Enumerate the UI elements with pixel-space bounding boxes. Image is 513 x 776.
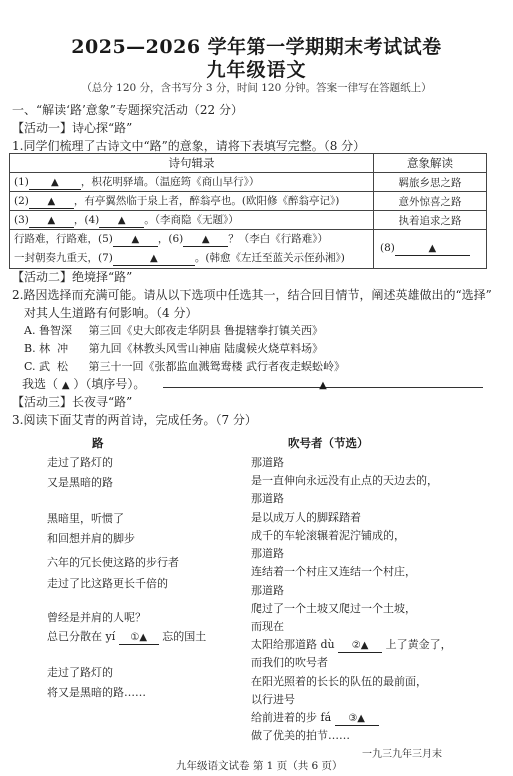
poem-text: ？（李白《行路难》） — [228, 233, 328, 245]
answer-blank-5[interactable]: ▲ — [113, 233, 158, 247]
poem-line: 爬过了一个土坡又爬过一个土坡， — [251, 600, 416, 616]
answer-blank-4[interactable]: ▲ — [99, 214, 144, 228]
table-row: (1)▲，枳花明驿墙。（温庭筠《商山早行》） 羁旅乡思之路 — [10, 173, 487, 192]
poem-line-blank2: 太阳给那道路 dù ②▲ 上了黄金了， — [251, 636, 452, 653]
triangle-icon: ▲ — [319, 380, 327, 391]
triangle-icon: ▲ — [51, 177, 59, 188]
answer-blank-7[interactable]: ▲ — [113, 252, 195, 266]
option-chapter: 第三回《史大郎夜走华阴县 鲁提辖拳打镇关西》 — [88, 324, 323, 337]
item-number: (2) — [14, 195, 29, 207]
pinyin-prefix: 给前进着的步 fá — [251, 711, 331, 724]
poem-line: 以行进号 — [251, 691, 295, 707]
poem-line: 连结着一个村庄又连结一个村庄， — [251, 563, 416, 579]
poem-text: 上了黄金了， — [386, 638, 452, 651]
answer-choice: 我选（ ▲ ）（填序号）。 — [22, 375, 145, 392]
item-number: ，(4) — [74, 214, 99, 226]
poem-line: 黑暗里，听惯了 — [47, 510, 124, 526]
option-name: 武 松 — [39, 358, 85, 374]
poem-line: 是一直伸向永远没有止点的天边去的， — [251, 472, 438, 488]
poem-text: ，枳花明驿墙。（温庭筠《商山早行》） — [81, 176, 260, 188]
poem-line: 又是黑暗的路 — [47, 474, 113, 490]
poem-text: 忘的国土 — [162, 630, 206, 643]
poem-line: 走过了路灯的 — [47, 454, 113, 470]
section-heading: 一、“解读‘路’意象”专题探究活动（22 分） — [12, 101, 243, 118]
activity3-label: 【活动三】长夜寻“路” — [12, 393, 132, 410]
poem-line: 那道路 — [251, 582, 284, 598]
answer-blank-2[interactable]: ▲ — [29, 195, 74, 209]
answer-blank-poem-3[interactable]: ③▲ — [335, 713, 379, 726]
option-a: A. 鲁智深 第三回《史大郎夜走华阴县 鲁提辖拳打镇关西》 — [24, 322, 323, 338]
option-chapter: 第三十一回《张都监血溅鸳鸯楼 武行者夜走蜈蚣岭》 — [89, 360, 346, 373]
answer-blank-poem-1[interactable]: ①▲ — [119, 632, 159, 645]
answer-blank-8[interactable]: ▲ — [395, 242, 470, 256]
table-row: (2)▲，有亭翼然临于泉上者，醉翁亭也。(欧阳修《醉翁亭记》) 意外惊喜之路 — [10, 192, 487, 211]
poem-line: 六年的冗长使这路的步行者 — [47, 554, 179, 570]
header-poems: 诗句辑录 — [10, 154, 374, 173]
pinyin-prefix: 太阳给那道路 dù — [251, 638, 335, 651]
poem-line: 曾经是并肩的人呢？ — [47, 609, 146, 625]
item-number: (8) — [380, 242, 395, 254]
poem-date: 一九三九年三月末 — [362, 745, 442, 760]
question-2-line2: 对其人生道路有何影响。（4 分） — [24, 304, 197, 321]
option-letter: C. — [24, 360, 36, 373]
triangle-icon: ▲ — [118, 215, 126, 226]
answer-blank-6[interactable]: ▲ — [183, 233, 228, 247]
table-header-row: 诗句辑录 意象解读 — [10, 154, 487, 173]
poem-text: ，有亭翼然临于泉上者，醉翁亭也。(欧阳修《醉翁亭记》) — [74, 195, 339, 207]
poem-text: 。（李商隐《无题》） — [144, 214, 239, 226]
pinyin-prefix: 总已分散在 yí — [47, 630, 115, 643]
option-b: B. 林 冲 第九回《林教头风雪山神庙 陆虞候火烧草料场》 — [24, 340, 323, 356]
header-interpretation: 意象解读 — [374, 154, 487, 173]
option-c: C. 武 松 第三十一回《张都监血溅鸳鸯楼 武行者夜走蜈蚣岭》 — [24, 358, 345, 374]
item-number: (3) — [14, 214, 29, 226]
option-name: 鲁智深 — [39, 322, 85, 338]
triangle-icon: ▲ — [150, 253, 158, 264]
interp-cell: 执着追求之路 — [374, 211, 487, 230]
poem-line: 在阳光照着的长长的队伍的最前面， — [251, 673, 427, 689]
poem-line-blank1: 总已分散在 yí ①▲ 忘的国土 — [47, 628, 206, 645]
poem-line: 是以成万人的脚踩踏着 — [251, 509, 361, 525]
poem-line: 而现在 — [251, 618, 284, 634]
page-footer: 九年级语文试卷 第 1 页（共 6 页） — [176, 758, 343, 773]
table-row: (3)▲，(4)▲。（李商隐《无题》） 执着追求之路 — [10, 211, 487, 230]
item-number: (1) — [14, 176, 29, 188]
poem-text: 。(韩愈《左迁至蓝关示侄孙湘》) — [195, 252, 345, 264]
poem-text: 行路难，行路难，(5) — [14, 233, 113, 245]
triangle-icon: ▲ — [429, 243, 437, 254]
poem-line: 和回想并肩的脚步 — [47, 530, 135, 546]
option-name: 林 冲 — [39, 340, 85, 356]
poetry-table: 诗句辑录 意象解读 (1)▲，枳花明驿墙。（温庭筠《商山早行》） 羁旅乡思之路 … — [9, 153, 487, 269]
answer-blank-1[interactable]: ▲ — [29, 176, 81, 190]
poem-line: 而我们的吹号者 — [251, 654, 328, 670]
poem1-title: 路 — [92, 435, 104, 451]
item-number: ，(6) — [158, 233, 183, 245]
exam-instructions: （总分 120 分，含书写分 3 分，时间 120 分钟。答案一律写在答题纸上） — [0, 80, 513, 95]
poem2-title: 吹号者（节选） — [288, 435, 369, 451]
poem-line: 走过了路灯的 — [47, 664, 113, 680]
option-letter: B. — [24, 342, 36, 355]
table-row: 行路难，行路难，(5)▲，(6)▲？（李白《行路难》） 一封朝奏九重天，(7)▲… — [10, 230, 487, 269]
option-letter: A. — [24, 324, 35, 337]
question-2-line1: 2.路因选择而充满可能。请从以下选项中任选其一，结合回目情节，阐述英雄做出的“选… — [12, 286, 492, 303]
answer-line[interactable]: ▲ — [163, 373, 483, 388]
question-3: 3.阅读下面艾青的两首诗，完成任务。（7 分） — [12, 411, 257, 428]
triangle-icon: ▲ — [48, 196, 56, 207]
interp-cell: 羁旅乡思之路 — [374, 173, 487, 192]
poem-line: 成千的车轮滚辗着泥泞铺成的， — [251, 527, 405, 543]
poem-line: 做了优美的拍节…… — [251, 727, 350, 743]
triangle-icon: ▲ — [202, 234, 210, 245]
poem-line: 那道路 — [251, 454, 284, 470]
answer-prefix: 我选（ — [22, 377, 58, 391]
activity1-label: 【活动一】诗心探“路” — [12, 119, 132, 136]
triangle-icon: ▲ — [48, 215, 56, 226]
triangle-icon[interactable]: ▲ — [62, 380, 70, 391]
poem-line: 那道路 — [251, 490, 284, 506]
activity2-label: 【活动二】绝境择“路” — [12, 268, 132, 285]
answer-suffix: ）（填序号）。 — [73, 377, 145, 391]
poem-line: 将又是黑暗的路…… — [47, 684, 146, 700]
interp-cell: 意外惊喜之路 — [374, 192, 487, 211]
poem-text: 一封朝奏九重天，(7) — [14, 252, 113, 264]
question-1: 1.同学们梳理了古诗文中“路”的意象，请将下表填写完整。（8 分） — [12, 137, 365, 154]
option-chapter: 第九回《林教头风雪山神庙 陆虞候火烧草料场》 — [89, 342, 324, 355]
answer-blank-poem-2[interactable]: ②▲ — [338, 640, 382, 653]
exam-subject: 九年级语文 — [0, 55, 513, 82]
answer-blank-3[interactable]: ▲ — [29, 214, 74, 228]
triangle-icon: ▲ — [132, 234, 140, 245]
poem-line-blank3: 给前进着的步 fá ③▲ — [251, 709, 379, 726]
poem-line: 那道路 — [251, 545, 284, 561]
poem-line: 走过了比这路更长千倍的 — [47, 575, 168, 591]
